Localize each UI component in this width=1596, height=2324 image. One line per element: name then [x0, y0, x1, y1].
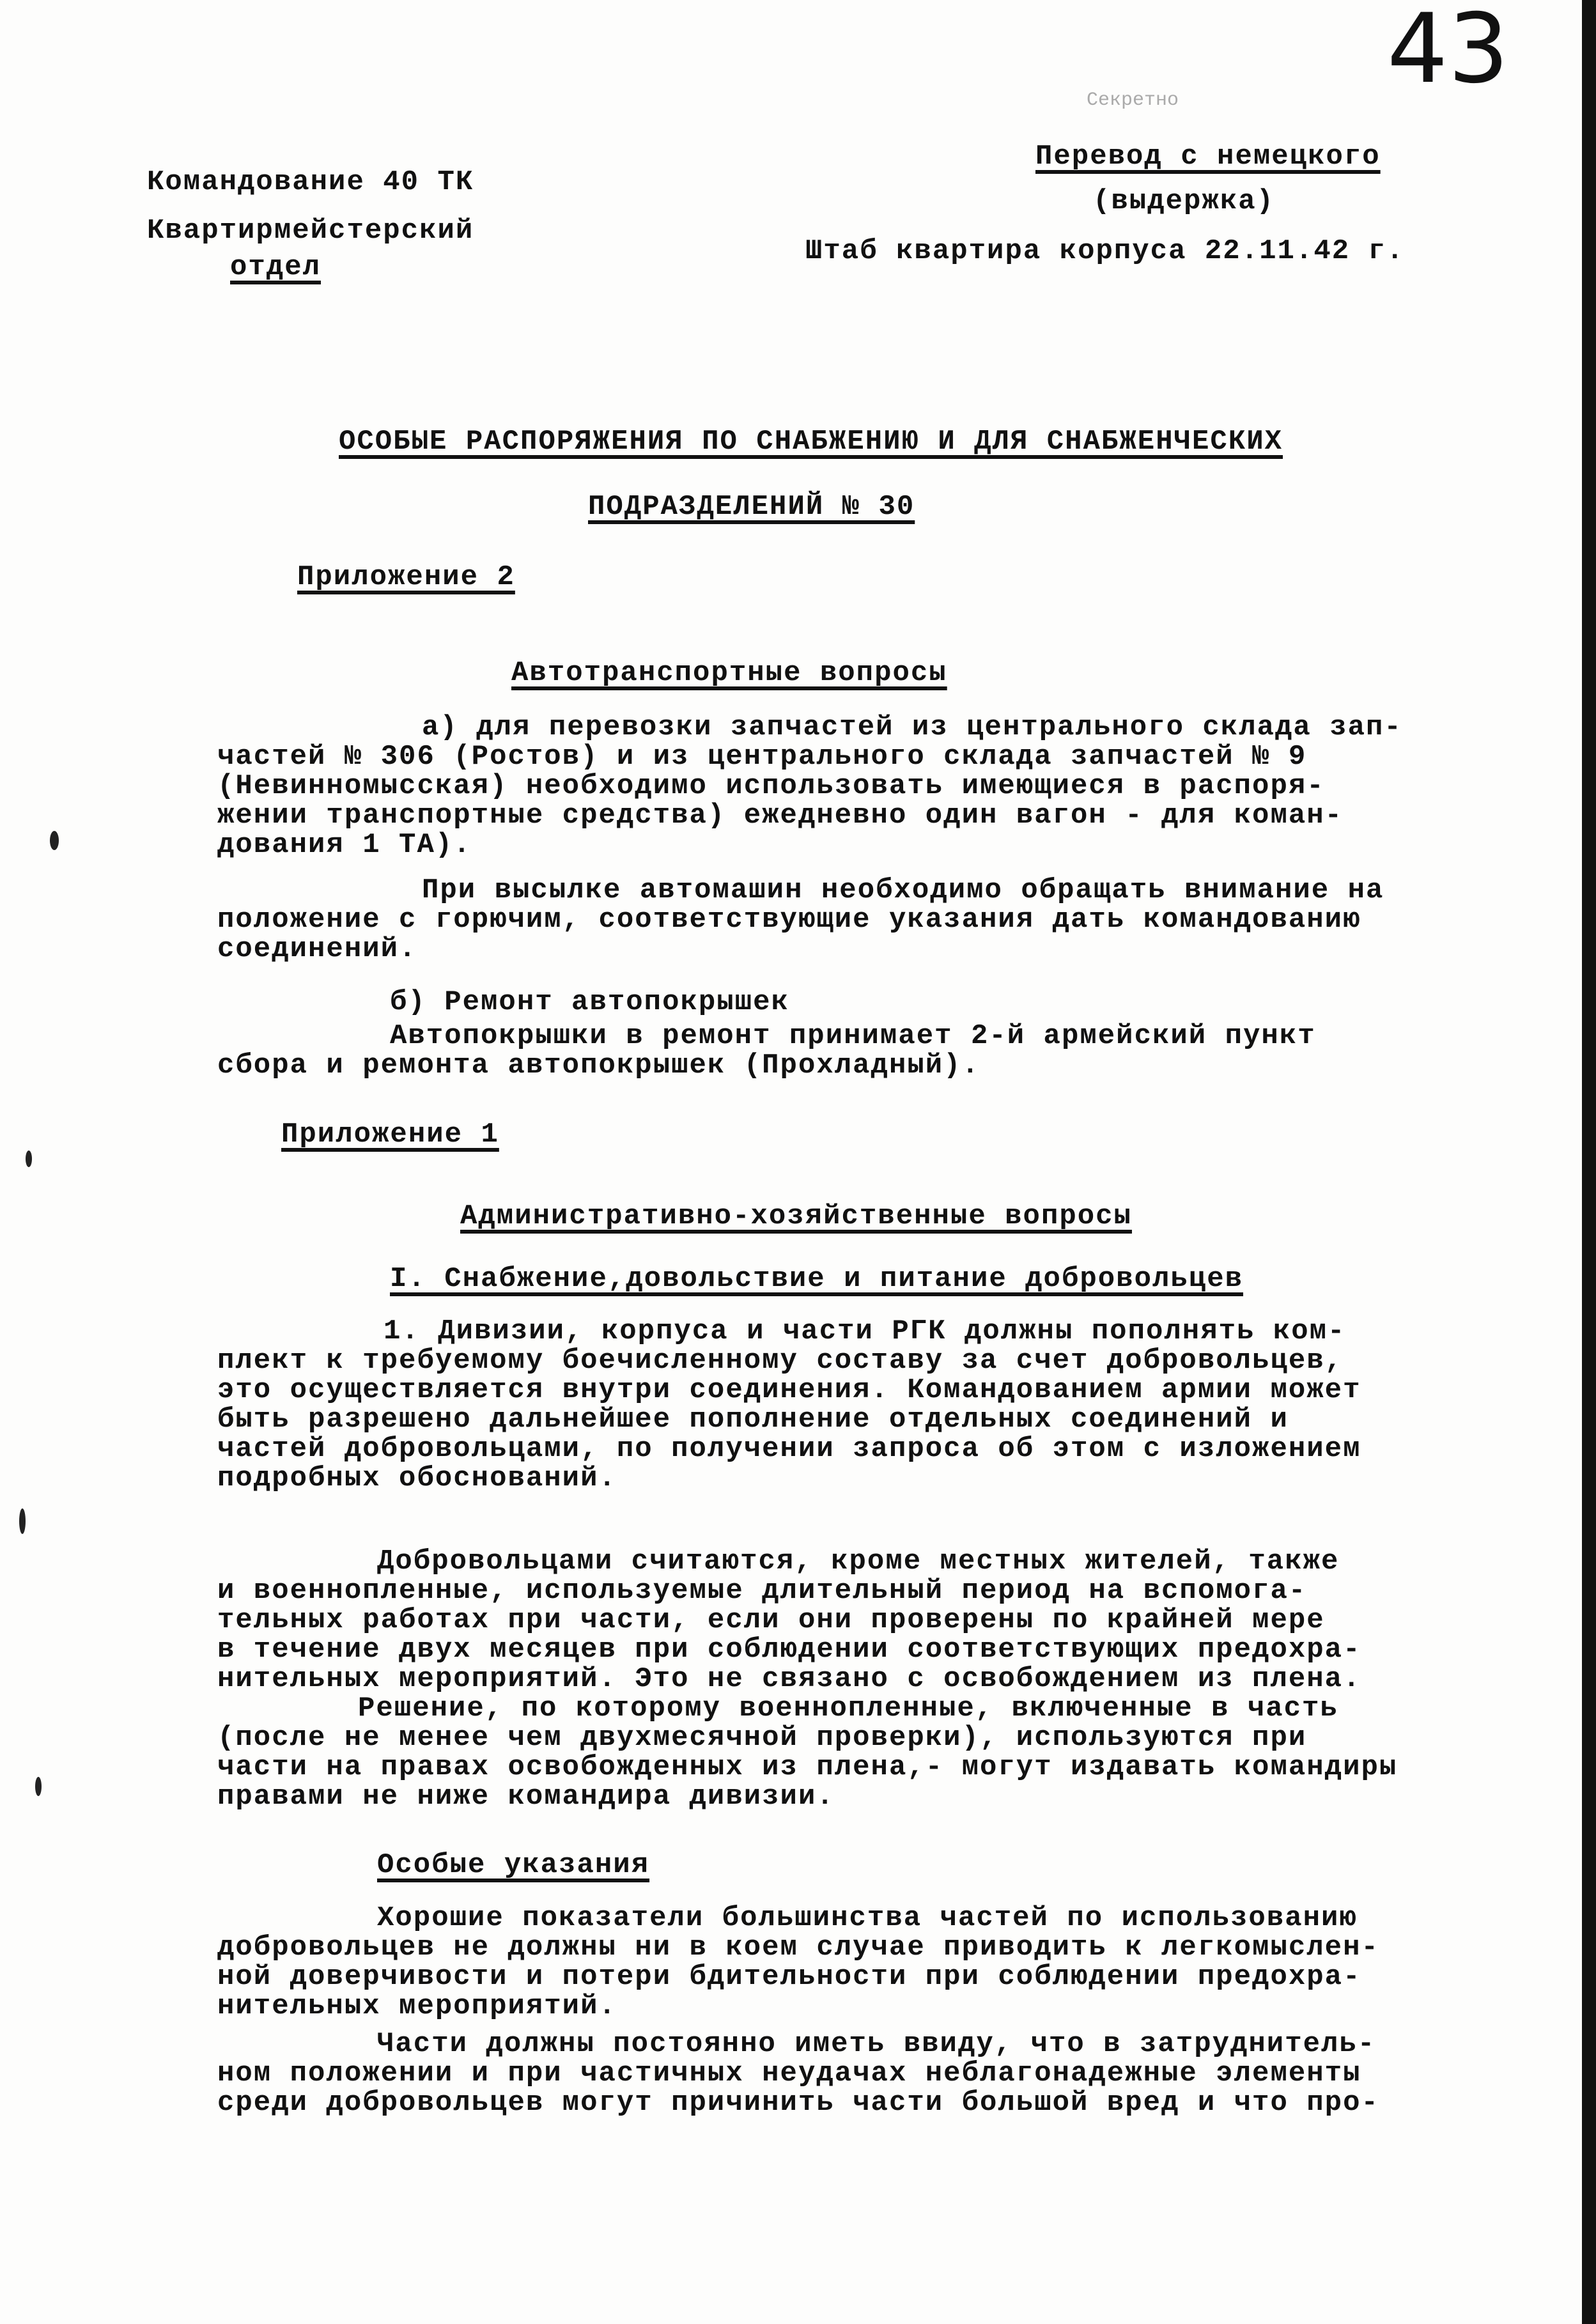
scan-mark [35, 1777, 42, 1796]
header-left-line1: Командование 40 ТК [147, 167, 474, 197]
stamp: Секретно [1087, 89, 1179, 111]
document-title-line2: ПОДРАЗДЕЛЕНИЙ № 30 [588, 492, 915, 522]
translation-title: Перевод с немецкого [1035, 142, 1381, 171]
scan-mark [50, 831, 59, 850]
special-instructions-label: Особые указания [377, 1850, 649, 1880]
header-left-line2: Квартирмейстерский [147, 216, 474, 245]
document-page: 43 Секретно Командование 40 ТК Квартирме… [0, 0, 1596, 2324]
translation-subtitle: (выдержка) [1093, 187, 1274, 216]
page-number: 43 [1387, 0, 1509, 105]
header-left-line3: отдел [230, 252, 321, 282]
document-title-line1: ОСОБЫЕ РАСПОРЯЖЕНИЯ ПО СНАБЖЕНИЮ И ДЛЯ С… [339, 427, 1283, 456]
scan-edge [1582, 0, 1596, 2324]
paragraph-1: 1. Дивизии, корпуса и части РГК должны п… [217, 1317, 1560, 1493]
section-admin: Административно-хозяйственные вопросы [460, 1202, 1132, 1231]
paragraph-b: Автопокрышки в ремонт принимает 2-й арме… [217, 1021, 1560, 1080]
place-date: Штаб квартира корпуса 22.11.42 г. [805, 236, 1404, 266]
subsection-b: б) Ремонт автопокрышек [390, 988, 789, 1017]
paragraph-vehicles: При высылке автомашин необходимо обращат… [217, 876, 1560, 964]
subsection-1: I. Снабжение,довольствие и питание добро… [390, 1264, 1243, 1294]
annex-2-label: Приложение 2 [297, 562, 515, 592]
paragraph-a: а) для перевозки запчастей из центрально… [217, 713, 1560, 860]
section-transport: Автотранспортные вопросы [511, 658, 947, 688]
scan-mark [19, 1508, 26, 1534]
scan-mark [26, 1150, 32, 1167]
paragraph-special: Хорошие показатели большинства частей по… [217, 1903, 1560, 2021]
annex-1-label: Приложение 1 [281, 1120, 499, 1149]
paragraph-volunteers: Добровольцами считаются, кроме местных ж… [217, 1547, 1560, 1811]
paragraph-final: Части должны постоянно иметь ввиду, что … [217, 2029, 1560, 2118]
